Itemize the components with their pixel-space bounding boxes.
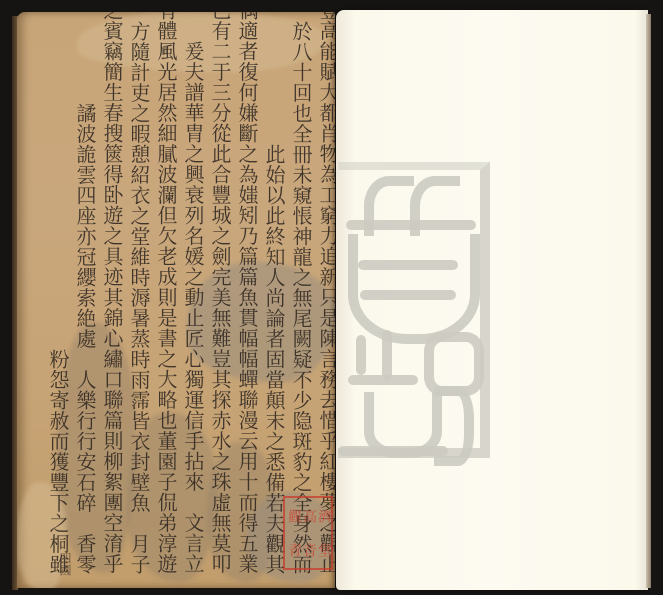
seal-char: 濟 [317,500,331,533]
text-column-8: 方隨計吏之暇憩紹衣之堂維時溽暑蒸時雨霈皆衣封壁魚 月子 [125,74,152,574]
text-column-10: 譎波詭雲四座亦冠纓索絶處 人樂行行安石碎 香零 [71,74,98,574]
seal-stroke [338,446,448,456]
book-scan: 寶 登高能賦大都肖物為工窮力追新只是陳言務去惜乎紅樓夢之觀止 於八十回也全冊未窺… [0,0,663,595]
right-page-edge [646,14,651,588]
seal-char: 觀 [287,500,301,533]
text-column-11: 粉怨寄赦而獲豐下之桐雖 [44,74,71,574]
watermark-seal [338,162,490,458]
red-seal-stamp: 觀 高 濟 青 音 堂 [283,496,333,570]
seal-stroke [356,335,366,375]
seal-stroke [348,234,480,344]
seal-char: 高 [302,500,316,533]
left-page: 寶 登高能賦大都肖物為工窮力追新只是陳言務去惜乎紅樓夢之觀止 於八十回也全冊未窺… [17,12,335,588]
seal-stroke [346,220,476,230]
right-page [336,10,648,590]
text-column-9: 之賓竊簡生春搜篋得卧遊之具迹其錦心繡口聯篇則柳絮團空淯乎 [98,74,125,574]
text-column-7: 有體風光居然細膩波瀾但欠老成則是書之大略也董園子侃弟淳遊 [152,74,179,574]
seal-stroke [360,290,456,300]
seal-stroke [348,375,418,385]
seal-char: 音 [302,534,316,567]
seal-char: 青 [287,534,301,567]
footer-note: 四國 [57,552,74,576]
text-column-5: 已有二于三分從此合豐城之劍完美無難豈其探赤水之珠虛無莫叩 [206,74,233,574]
seal-stroke [382,330,392,380]
seal-char: 堂 [317,534,331,567]
text-column-6: 爰夫譜華胄之興衰列名媛之動止匠心獨運信手拈來 文言立 [179,74,206,574]
text-column-4: 偶適者復何嫌斷之為媸矧乃篇篇魚貫幅幅蟬聯漫云用十而得五業 [233,74,260,574]
seal-stroke [358,260,458,270]
